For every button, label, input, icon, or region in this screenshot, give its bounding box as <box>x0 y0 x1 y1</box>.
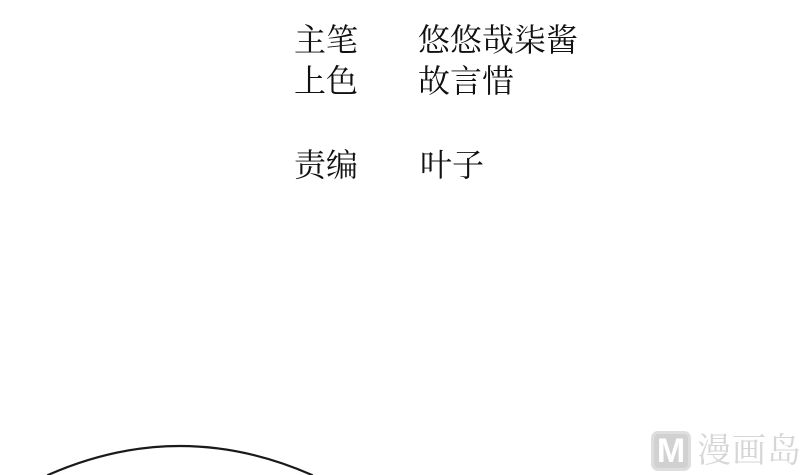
credit-row-editor: 责编 叶子 <box>294 147 484 183</box>
brand-watermark: M 漫画岛 <box>651 430 800 472</box>
credit-row-lead-artist: 主笔 悠悠哉柒酱 <box>294 22 578 58</box>
credit-role-label: 责编 <box>294 147 420 183</box>
logo-letter: M <box>657 434 685 468</box>
credit-role-label: 主笔 <box>294 22 418 58</box>
credit-role-label: 上色 <box>294 63 418 99</box>
brand-name: 漫画岛 <box>697 431 800 471</box>
credit-row-colorist: 上色 故言惜 <box>294 63 514 99</box>
comic-credits-page: 主笔 悠悠哉柒酱 上色 故言惜 责编 叶子 M 漫画岛 <box>0 0 800 475</box>
speech-bubble-arc-illustration <box>0 430 400 475</box>
credit-name: 叶子 <box>420 147 484 183</box>
credit-name: 故言惜 <box>418 63 514 99</box>
m-logo-icon: M <box>651 431 691 471</box>
credit-name: 悠悠哉柒酱 <box>418 22 578 58</box>
